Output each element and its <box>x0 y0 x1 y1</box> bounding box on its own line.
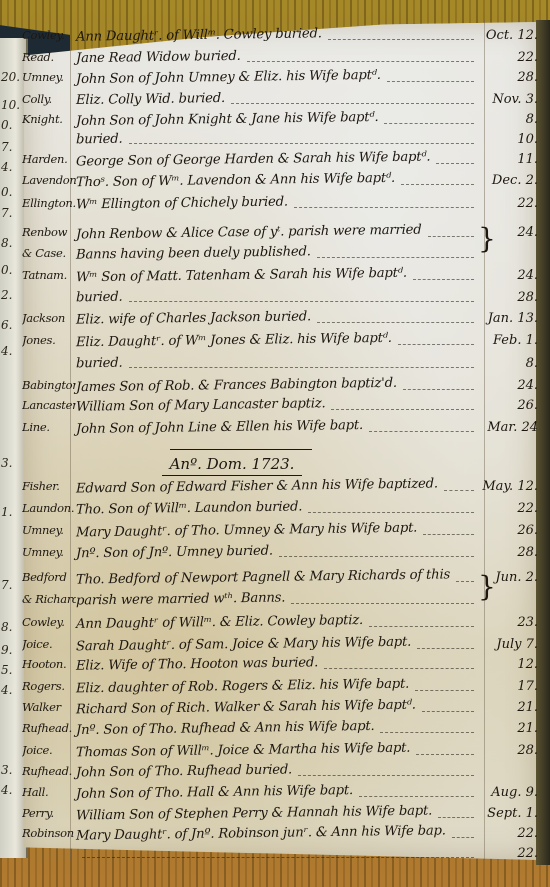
entry-text: George Son of George Harden & Sarah his … <box>76 150 430 170</box>
entry-dash-rule <box>438 817 474 818</box>
entry-date: 10. <box>480 132 542 147</box>
entry-text: Edward Son of Edward Fisher & Ann his Wi… <box>76 476 438 496</box>
entry-date: 22. <box>480 501 542 516</box>
entry-date: 22. <box>480 50 542 65</box>
entry-surname: Hall. <box>22 785 76 799</box>
entry-dash-rule <box>403 389 474 390</box>
entry-date: Oct. 12. <box>480 28 542 43</box>
entry-surname: Robinson <box>22 826 76 840</box>
register-entry: Jackson Eliz. wife of Charles Jackson bu… <box>22 311 542 333</box>
entry-dash-rule <box>456 581 474 582</box>
register-entry: & Richards parish were married wᵗʰ. Bann… <box>22 592 542 614</box>
entry-dash-rule <box>328 39 474 40</box>
register-entry: Robinson Mary Daughtʳ. of Jnº. Robinson … <box>22 826 542 848</box>
brace-marriage-2: } <box>478 570 496 603</box>
entry-date: 26. <box>480 523 542 538</box>
entry-dash-rule <box>294 207 474 208</box>
entry-date: Aug. 9. <box>480 785 542 800</box>
entry-text: Jnº. Son of Jnº. Umney buried. <box>76 544 273 562</box>
entry-surname: Cowley. <box>22 615 76 629</box>
entry-text: Richard Son of Rich. Walker & Sarah his … <box>76 698 416 718</box>
register-entry: Harden. George Son of George Harden & Sa… <box>22 152 542 174</box>
entry-dash-rule <box>413 279 474 280</box>
entry-dash-rule <box>422 711 474 712</box>
register-entry: Hall. John Son of Tho. Hall & Ann his Wi… <box>22 785 542 807</box>
register-entry: Rufhead. John Son of Tho. Rufhead buried… <box>22 764 542 786</box>
entry-surname: Harden. <box>22 152 76 166</box>
entry-text: Mary Daughtʳ. of Jnº. Robinson junʳ. & A… <box>76 823 446 843</box>
entry-dash-rule <box>82 857 474 858</box>
register-entry: Rufhead. Jnº. Son of Tho. Rufhead & Ann … <box>22 721 542 743</box>
register-entry: Umney. John Son of John Umney & Eliz. hi… <box>22 70 542 92</box>
entry-text: John Son of Tho. Rufhead buried. <box>76 762 292 780</box>
entry-dash-rule <box>417 648 474 649</box>
entry-surname: Renbow <box>22 225 76 239</box>
register-entry: Tatnam. Wᵐ Son of Matt. Tatenham & Sarah… <box>22 268 542 290</box>
entry-dash-rule <box>129 367 475 368</box>
register-entry: Line. John Son of John Line & Ellen his … <box>22 420 542 442</box>
entry-surname: Knight. <box>22 112 76 126</box>
entry-text: Tho. Bedford of Newport Pagnell & Mary R… <box>76 567 450 587</box>
entry-date: 28. <box>480 545 542 560</box>
entry-text: John Son of John Knight & Jane his Wife … <box>76 110 378 129</box>
entry-text: Mary Daughtʳ. of Tho. Umney & Mary his W… <box>76 521 417 541</box>
entry-surname: Umney. <box>22 545 76 559</box>
entry-date: 24. <box>480 378 542 393</box>
entry-text: Wᵐ Ellington of Chichely buried. <box>76 195 288 213</box>
entry-dash-rule <box>247 61 474 62</box>
register-entry: buried. 8. <box>22 356 542 378</box>
entry-date: 8. <box>480 112 542 127</box>
register-entry: Laundon. Tho. Son of Willᵐ. Laundon buri… <box>22 501 542 523</box>
entry-surname: Jones. <box>22 333 76 347</box>
entry-text: Thomas Son of Willᵐ. Joice & Martha his … <box>76 741 410 761</box>
register-entry: Rogers. Eliz. daughter of Rob. Rogers & … <box>22 679 542 701</box>
entry-dash-rule <box>401 184 474 185</box>
entry-text: buried. <box>76 356 123 372</box>
entry-dash-rule <box>369 626 474 627</box>
entry-text: buried. <box>76 132 123 148</box>
entry-date: July 7. <box>480 637 542 652</box>
entry-text: John Son of Tho. Hall & Ann his Wife bap… <box>76 783 353 802</box>
entry-date: 17. <box>480 679 542 694</box>
register-entry: Perry. William Son of Stephen Perry & Ha… <box>22 806 542 828</box>
register-entry: Umney. Mary Daughtʳ. of Tho. Umney & Mar… <box>22 523 542 545</box>
entry-date: 24. <box>480 268 542 283</box>
register-entry: Walker Richard Son of Rich. Walker & Sar… <box>22 700 542 722</box>
entry-text: William Son of Mary Lancaster baptiz. <box>76 396 325 414</box>
entry-dash-rule <box>384 123 474 124</box>
entry-surname: Perry. <box>22 806 76 820</box>
brace-marriage-1: } <box>478 222 496 255</box>
register-entry: Jones. Eliz. Daughtʳ. of Wᵐ Jones & Eliz… <box>22 333 542 355</box>
entry-date: 11. <box>480 152 542 167</box>
entry-surname: Fisher. <box>22 479 76 493</box>
entry-date: Feb. 1. <box>480 333 542 348</box>
entry-dash-rule <box>129 143 475 144</box>
entry-dash-rule <box>369 431 474 432</box>
entry-dash-rule <box>359 796 474 797</box>
entry-surname: Hooton. <box>22 657 76 671</box>
entry-text: Eliz. Daughtʳ. of Wᵐ Jones & Eliz. his W… <box>76 331 392 350</box>
entry-date: 22. <box>480 196 542 211</box>
entry-surname: Jackson <box>22 311 76 325</box>
entry-text: William Son of Stephen Perry & Hannah hi… <box>76 804 432 824</box>
register-entry: Cowley. Ann Daughtʳ of Willᵐ. & Eliz. Co… <box>22 615 542 637</box>
entry-surname: Line. <box>22 420 76 434</box>
entry-surname: & Richards <box>22 592 76 606</box>
year-heading: Anº. Dom. 1723. <box>162 455 302 476</box>
entry-dash-rule <box>308 512 474 513</box>
entry-dash-rule <box>279 556 474 557</box>
entry-text: parish were married wᵗʰ. Banns. <box>76 591 285 609</box>
entry-text: John Renbow & Alice Case of yᵗ. parish w… <box>76 223 422 243</box>
entry-date: 8. <box>480 356 542 371</box>
register-entry: Ellington. Wᵐ Ellington of Chichely buri… <box>22 196 542 218</box>
entry-dash-rule <box>298 775 474 776</box>
entry-date: Nov. 3. <box>480 92 542 107</box>
entry-text: Thoˢ. Son of Wᵐ. Lavendon & Ann his Wife… <box>76 171 395 190</box>
entry-text: John Son of John Umney & Eliz. his Wife … <box>76 68 381 87</box>
entry-text: Ann Daughtʳ of Willᵐ. & Eliz. Cowley bap… <box>76 613 363 632</box>
entry-surname: Joice. <box>22 637 76 651</box>
entry-surname: Joice. <box>22 743 76 757</box>
entry-date: 21. <box>480 721 542 736</box>
entry-text: Ann Daughtʳ. of Willᵐ. Cowley buried. <box>76 26 322 44</box>
entry-date: 28. <box>480 290 542 305</box>
entry-date: 22. <box>480 826 542 841</box>
register-entry: Cowley. Ann Daughtʳ. of Willᵐ. Cowley bu… <box>22 28 542 50</box>
entry-dash-rule <box>428 236 475 237</box>
entry-text: Banns having been duely published. <box>76 244 311 262</box>
entry-date: 28. <box>480 70 542 85</box>
register-entry: & Case. Banns having been duely publishe… <box>22 246 542 268</box>
entry-date: Dec. 2. <box>480 173 542 188</box>
entry-dash-rule <box>398 344 474 345</box>
register-entry: buried. 28. <box>22 290 542 312</box>
entry-text: James Son of Rob. & Frances Babington ba… <box>76 376 397 395</box>
entry-surname: Colly. <box>22 92 76 106</box>
entry-dash-rule <box>387 81 474 82</box>
register-entry: Fisher. Edward Son of Edward Fisher & An… <box>22 479 542 501</box>
entry-text: Eliz. Wife of Tho. Hooton was buried. <box>76 655 318 673</box>
entry-surname: Ellington. <box>22 196 76 210</box>
entry-dash-rule <box>444 490 474 491</box>
entry-text: Sarah Daughtʳ. of Sam. Joice & Mary his … <box>76 635 411 655</box>
entry-date: 22. <box>480 846 542 861</box>
entry-text: buried. <box>76 290 123 306</box>
register-entry: Bedford Tho. Bedford of Newport Pagnell … <box>22 570 542 592</box>
entry-surname: Rogers. <box>22 679 76 693</box>
entry-date: 26. <box>480 398 542 413</box>
register-entry: Renbow John Renbow & Alice Case of yᵗ. p… <box>22 225 542 247</box>
entry-dash-rule <box>415 690 474 691</box>
entry-dash-rule <box>380 732 474 733</box>
entry-surname: Umney. <box>22 70 76 84</box>
entry-date: 21. <box>480 700 542 715</box>
entry-surname: Walker <box>22 700 76 714</box>
register-entries: Cowley. Ann Daughtʳ. of Willᵐ. Cowley bu… <box>0 0 550 887</box>
entry-surname: Lancaster. <box>22 398 76 412</box>
entry-text: Jane Read Widow buried. <box>76 49 241 66</box>
register-entry: Umney. Jnº. Son of Jnº. Umney buried. 28… <box>22 545 542 567</box>
entry-date: 12. <box>480 657 542 672</box>
entry-date: May. 12. <box>480 479 542 494</box>
entry-text: John Son of John Line & Ellen his Wife b… <box>76 418 363 437</box>
entry-text: Eliz. wife of Charles Jackson buried. <box>76 309 311 327</box>
entry-surname: Umney. <box>22 523 76 537</box>
entry-date: Jan. 13. <box>480 311 542 326</box>
entry-dash-rule <box>436 163 474 164</box>
register-entry: Knight. John Son of John Knight & Jane h… <box>22 112 542 134</box>
entry-dash-rule <box>291 603 474 604</box>
entry-surname: Tatnam. <box>22 268 76 282</box>
entry-surname: Rufhead. <box>22 721 76 735</box>
entry-date: 23. <box>480 615 542 630</box>
entry-date: Sept. 1. <box>480 806 542 821</box>
entry-surname: Cowley. <box>22 28 76 42</box>
entry-text: Eliz. Colly Wid. buried. <box>76 91 225 108</box>
entry-surname: Rufhead. <box>22 764 76 778</box>
entry-date: Mar. 24 <box>480 420 542 435</box>
entry-dash-rule <box>423 534 474 535</box>
entry-dash-rule <box>452 837 474 838</box>
entry-dash-rule <box>324 668 474 669</box>
entry-surname: Lavendon. <box>22 173 76 187</box>
entry-dash-rule <box>231 103 474 104</box>
entry-text: Tho. Son of Willᵐ. Laundon buried. <box>76 499 302 517</box>
entry-dash-rule <box>317 257 474 258</box>
entry-surname: & Case. <box>22 246 76 260</box>
entry-text: Eliz. daughter of Rob. Rogers & Eliz. hi… <box>76 677 409 697</box>
entry-surname: Babington. <box>22 378 76 392</box>
register-entry: Lavendon. Thoˢ. Son of Wᵐ. Lavendon & An… <box>22 173 542 195</box>
entry-dash-rule <box>129 301 475 302</box>
entry-surname: Read. <box>22 50 76 64</box>
entry-text: Wᵐ Son of Matt. Tatenham & Sarah his Wif… <box>76 266 407 286</box>
register-entry: Lancaster. William Son of Mary Lancaster… <box>22 398 542 420</box>
entry-dash-rule <box>317 322 474 323</box>
register-entry: 22. <box>22 846 542 868</box>
entry-date: 28. <box>480 743 542 758</box>
entry-surname: Bedford <box>22 570 76 584</box>
entry-dash-rule <box>331 409 474 410</box>
register-entry: Hooton. Eliz. Wife of Tho. Hooton was bu… <box>22 657 542 679</box>
entry-text: Jnº. Son of Tho. Rufhead & Ann his Wife … <box>76 719 374 738</box>
entry-dash-rule <box>416 754 474 755</box>
entry-surname: Laundon. <box>22 501 76 515</box>
